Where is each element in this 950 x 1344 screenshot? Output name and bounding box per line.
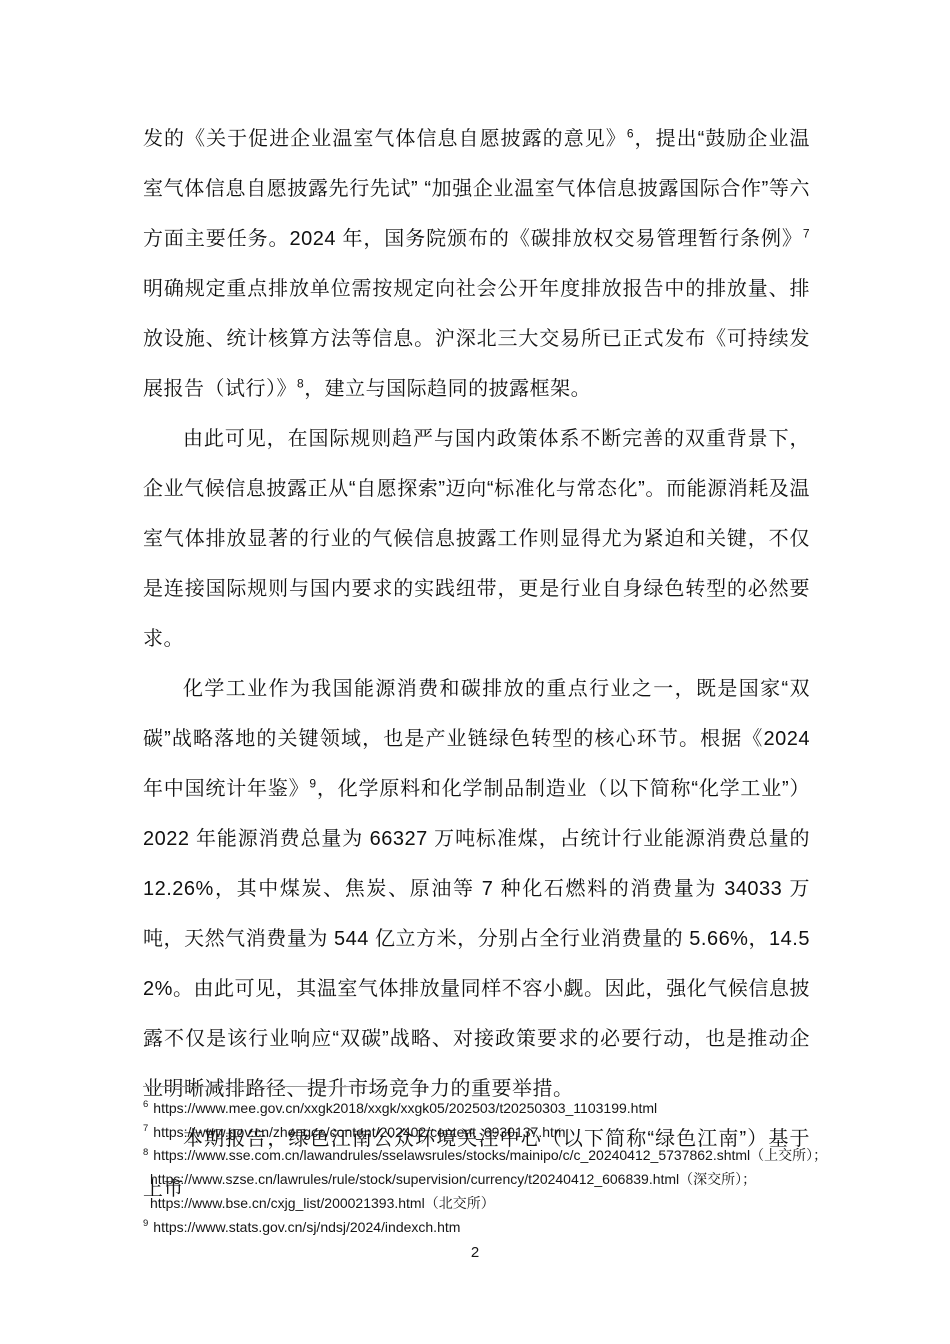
- footnote-area: 6https://www.mee.gov.cn/xxgk2018/xxgk/xx…: [143, 1086, 833, 1239]
- footnote-separator: [143, 1086, 372, 1087]
- footnote-reference-7: 7: [803, 226, 810, 240]
- paragraph-3: 化学工业作为我国能源消费和碳排放的重点行业之一，既是国家“双碳”战略落地的关键领…: [143, 664, 810, 1114]
- footnote-6: 6https://www.mee.gov.cn/xxgk2018/xxgk/xx…: [143, 1097, 833, 1121]
- footnote-marker-6: 6: [143, 1099, 148, 1110]
- footnote-line: 7https://www.gov.cn/zhengce/content/2024…: [143, 1121, 833, 1145]
- document-body: 发的《关于促进企业温室气体信息自愿披露的意见》6，提出“鼓励企业温室气体信息自愿…: [143, 114, 810, 1214]
- document-page: 发的《关于促进企业温室气体信息自愿披露的意见》6，提出“鼓励企业温室气体信息自愿…: [0, 0, 950, 1344]
- paragraph-text: 由此可见，在国际规则趋严与国内政策体系不断完善的双重背景下，企业气候信息披露正从…: [143, 428, 810, 650]
- footnote-url-text: https://www.szse.cn/lawrules/rule/stock/…: [150, 1171, 756, 1187]
- footnote-marker-8: 8: [143, 1147, 148, 1158]
- footnote-marker-7: 7: [143, 1123, 148, 1134]
- paragraph-1: 发的《关于促进企业温室气体信息自愿披露的意见》6，提出“鼓励企业温室气体信息自愿…: [143, 114, 810, 414]
- paragraph-text: ，建立与国际趋同的披露框架。: [304, 378, 591, 400]
- footnote-9: 9https://www.stats.gov.cn/sj/ndsj/2024/i…: [143, 1216, 833, 1240]
- footnote-7: 7https://www.gov.cn/zhengce/content/2024…: [143, 1121, 833, 1145]
- footnote-url-text: https://www.sse.com.cn/lawandrules/ssela…: [153, 1147, 827, 1163]
- footnote-line: 6https://www.mee.gov.cn/xxgk2018/xxgk/xx…: [143, 1097, 833, 1121]
- footnote-url-text: https://www.mee.gov.cn/xxgk2018/xxgk/xxg…: [153, 1100, 657, 1116]
- paragraph-2: 由此可见，在国际规则趋严与国内政策体系不断完善的双重背景下，企业气候信息披露正从…: [143, 414, 810, 664]
- footnote-url-text: https://www.gov.cn/zhengce/content/20240…: [153, 1124, 565, 1140]
- footnote-url-text: https://www.stats.gov.cn/sj/ndsj/2024/in…: [153, 1219, 460, 1235]
- paragraph-text: 发的《关于促进企业温室气体信息自愿披露的意见》: [143, 128, 627, 150]
- footnote-line: 9https://www.stats.gov.cn/sj/ndsj/2024/i…: [143, 1216, 833, 1240]
- footnote-reference-6: 6: [627, 126, 634, 140]
- footnote-line: https://www.bse.cn/cxjg_list/200021393.h…: [143, 1192, 833, 1216]
- footnote-url-text: https://www.bse.cn/cxjg_list/200021393.h…: [150, 1195, 495, 1211]
- footnote-line: https://www.szse.cn/lawrules/rule/stock/…: [143, 1168, 833, 1192]
- footnote-reference-9: 9: [309, 776, 316, 790]
- footnote-marker-9: 9: [143, 1218, 148, 1229]
- footnote-line: 8https://www.sse.com.cn/lawandrules/ssel…: [143, 1144, 833, 1168]
- paragraph-text: ，化学原料和化学制品制造业（以下简称“化学工业”）2022 年能源消费总量为 6…: [143, 778, 810, 1100]
- page-number: 2: [0, 1244, 950, 1261]
- footnote-8: 8https://www.sse.com.cn/lawandrules/ssel…: [143, 1144, 833, 1215]
- footnote-list: 6https://www.mee.gov.cn/xxgk2018/xxgk/xx…: [143, 1097, 833, 1239]
